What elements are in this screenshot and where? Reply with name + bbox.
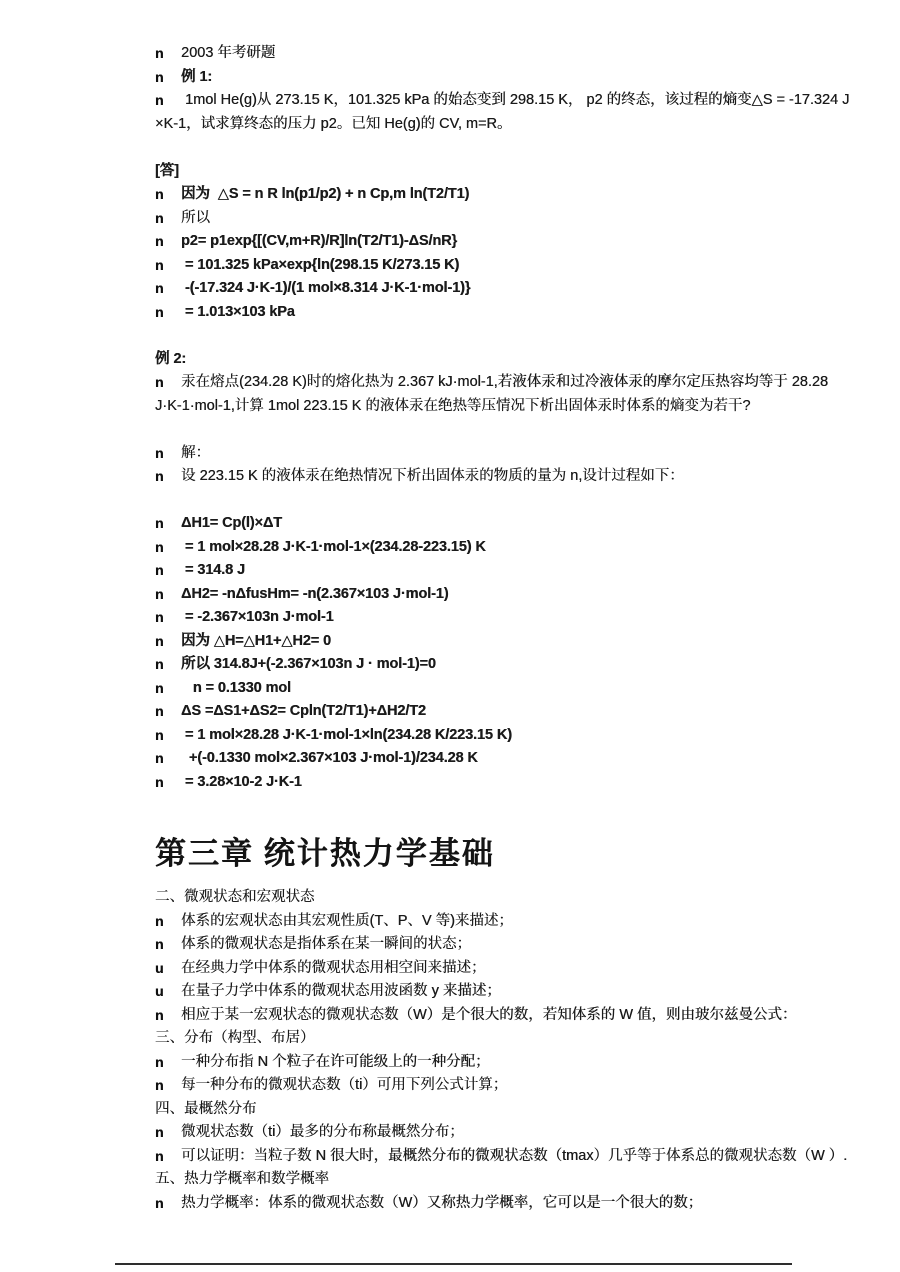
section-heading: 三、分布（构型、布居） xyxy=(155,1027,855,1051)
bullet-marker: n xyxy=(155,1145,181,1169)
line-text: 四、最概然分布 xyxy=(155,1098,257,1122)
doc-bullet-line: n +(-0.1330 mol×2.367×103 J·mol-1)/234.2… xyxy=(155,747,855,771)
doc-bullet-line: n因为 △H=△H1+△H2= 0 xyxy=(155,630,855,654)
bullet-marker: n xyxy=(155,371,181,395)
doc-bullet-line: n热力学概率：体系的微观状态数（W）又称热力学概率，它可以是一个很大的数； xyxy=(155,1192,855,1216)
bullet-marker: n xyxy=(155,559,181,583)
line-text: 在量子力学中体系的微观状态用波函数 y 来描述； xyxy=(181,980,501,1004)
doc-bullet-line: n = 3.28×10-2 J·K-1 xyxy=(155,771,855,795)
line-text: p2= p1exp{[(CV,m+R)/R]ln(T2/T1)-ΔS/nR} xyxy=(181,230,457,254)
line-text: 体系的微观状态是指体系在某一瞬间的状态； xyxy=(181,933,471,957)
doc-line: J·K-1·mol-1,计算 1mol 223.15 K 的液体汞在绝热等压情况… xyxy=(155,395,855,419)
bullet-marker: n xyxy=(155,583,181,607)
bullet-marker: n xyxy=(155,910,181,934)
bullet-marker: n xyxy=(155,254,181,278)
bullet-marker: n xyxy=(155,1121,181,1145)
doc-line: [答] xyxy=(155,160,855,184)
doc-bullet-line: n相应于某一宏观状态的微观状态数（W）是个很大的数，若知体系的 W 值，则由玻尔… xyxy=(155,1004,855,1028)
doc-bullet-line: n可以证明：当粒子数 N 很大时，最概然分布的微观状态数（tmax）几乎等于体系… xyxy=(155,1145,855,1169)
bullet-marker: n xyxy=(155,1051,181,1075)
line-text: = 1 mol×28.28 J·K-1·mol-1×(234.28-223.15… xyxy=(181,536,486,560)
doc-bullet-line: nΔS =ΔS1+ΔS2= Cpln(T2/T1)+ΔH2/T2 xyxy=(155,700,855,724)
line-text: = 101.325 kPa×exp{ln(298.15 K/273.15 K) xyxy=(181,254,459,278)
line-text: 所以 314.8J+(-2.367×103n J · mol-1)=0 xyxy=(181,653,436,677)
bullet-marker: u xyxy=(155,980,181,1004)
line-text: 微观状态数（ti）最多的分布称最概然分布； xyxy=(181,1121,464,1145)
line-text: 五、热力学概率和数学概率 xyxy=(155,1168,329,1192)
line-text: 汞在熔点(234.28 K)时的熔化热为 2.367 kJ·mol-1,若液体汞… xyxy=(181,371,828,395)
line-text: 因为 △H=△H1+△H2= 0 xyxy=(181,630,331,654)
line-text: 例 1: xyxy=(181,66,212,90)
bullet-marker: n xyxy=(155,183,181,207)
section-heading: 二、微观状态和宏观状态 xyxy=(155,886,855,910)
bullet-marker: n xyxy=(155,277,181,301)
doc-line: 例 2: xyxy=(155,348,855,372)
line-text: ΔS =ΔS1+ΔS2= Cpln(T2/T1)+ΔH2/T2 xyxy=(181,700,426,724)
line-text: = -2.367×103n J·mol-1 xyxy=(181,606,334,630)
blank-line xyxy=(155,136,855,160)
chapter-title: 第三章 统计热力学基础 xyxy=(155,834,855,874)
line-text: 体系的宏观状态由其宏观性质(T、P、V 等)来描述； xyxy=(181,910,513,934)
doc-bullet-line: n解： xyxy=(155,442,855,466)
line-text: +(-0.1330 mol×2.367×103 J·mol-1)/234.28 … xyxy=(181,747,478,771)
bullet-marker: n xyxy=(155,747,181,771)
section-heading: 四、最概然分布 xyxy=(155,1098,855,1122)
doc-bullet-line: n体系的微观状态是指体系在某一瞬间的状态； xyxy=(155,933,855,957)
doc-bullet-line: n所以 314.8J+(-2.367×103n J · mol-1)=0 xyxy=(155,653,855,677)
line-text: 相应于某一宏观状态的微观状态数（W）是个很大的数，若知体系的 W 值，则由玻尔兹… xyxy=(181,1004,796,1028)
doc-bullet-line: n = 1 mol×28.28 J·K-1·mol-1×(234.28-223.… xyxy=(155,536,855,560)
bullet-marker: n xyxy=(155,442,181,466)
line-text: 一种分布指 N 个粒子在许可能级上的一种分配； xyxy=(181,1051,490,1075)
doc-bullet-line: n体系的宏观状态由其宏观性质(T、P、V 等)来描述； xyxy=(155,910,855,934)
bullet-marker: n xyxy=(155,1192,181,1216)
line-text: 解： xyxy=(181,442,210,466)
line-text: = 1.013×103 kPa xyxy=(181,301,295,325)
page-bottom-rule xyxy=(115,1263,792,1265)
line-text: n = 0.1330 mol xyxy=(181,677,291,701)
line-text: 设 223.15 K 的液体汞在绝热情况下析出固体汞的物质的量为 n,设计过程如… xyxy=(181,465,684,489)
document-page: n2003 年考研题n例 1:n 1mol He(g)从 273.15 K，10… xyxy=(0,0,900,1272)
doc-bullet-line: n = -2.367×103n J·mol-1 xyxy=(155,606,855,630)
line-text: 可以证明：当粒子数 N 很大时，最概然分布的微观状态数（tmax）几乎等于体系总… xyxy=(181,1145,847,1169)
bullet-marker: n xyxy=(155,653,181,677)
bullet-marker: n xyxy=(155,301,181,325)
line-text: 每一种分布的微观状态数（ti）可用下列公式计算； xyxy=(181,1074,507,1098)
line-text: ΔH2= -nΔfusHm= -n(2.367×103 J·mol-1) xyxy=(181,583,448,607)
bullet-marker: n xyxy=(155,512,181,536)
doc-bullet-line: n因为 △S = n R ln(p1/p2) + n Cp,m ln(T2/T1… xyxy=(155,183,855,207)
doc-bullet-line: n一种分布指 N 个粒子在许可能级上的一种分配； xyxy=(155,1051,855,1075)
line-text: 所以 xyxy=(181,207,210,231)
bullet-marker: n xyxy=(155,1004,181,1028)
line-text: ×K-1，试求算终态的压力 p2。已知 He(g)的 CV, m=R。 xyxy=(155,113,511,137)
line-text: J·K-1·mol-1,计算 1mol 223.15 K 的液体汞在绝热等压情况… xyxy=(155,395,750,419)
doc-bullet-line: n = 1 mol×28.28 J·K-1·mol-1×ln(234.28 K/… xyxy=(155,724,855,748)
line-text: 1mol He(g)从 273.15 K，101.325 kPa 的始态变到 2… xyxy=(181,89,849,113)
bullet-marker: n xyxy=(155,207,181,231)
doc-bullet-line: n所以 xyxy=(155,207,855,231)
bullet-marker: n xyxy=(155,1074,181,1098)
doc-bullet-line: u在量子力学中体系的微观状态用波函数 y 来描述； xyxy=(155,980,855,1004)
bullet-marker: n xyxy=(155,630,181,654)
line-text: 2003 年考研题 xyxy=(181,42,275,66)
bullet-marker: n xyxy=(155,42,181,66)
line-text: 在经典力学中体系的微观状态用相空间来描述； xyxy=(181,957,486,981)
line-text: 因为 △S = n R ln(p1/p2) + n Cp,m ln(T2/T1) xyxy=(181,183,469,207)
bullet-marker: n xyxy=(155,933,181,957)
bullet-marker: n xyxy=(155,677,181,701)
bullet-marker: n xyxy=(155,606,181,630)
doc-content: n2003 年考研题n例 1:n 1mol He(g)从 273.15 K，10… xyxy=(155,42,855,1215)
line-text: 二、微观状态和宏观状态 xyxy=(155,886,315,910)
bullet-marker: u xyxy=(155,957,181,981)
line-text: -(-17.324 J·K-1)/(1 mol×8.314 J·K-1·mol-… xyxy=(181,277,470,301)
line-text: = 314.8 J xyxy=(181,559,245,583)
line-text: ΔH1= Cp(l)×ΔT xyxy=(181,512,282,536)
bullet-marker: n xyxy=(155,66,181,90)
doc-bullet-line: n例 1: xyxy=(155,66,855,90)
doc-bullet-line: n汞在熔点(234.28 K)时的熔化热为 2.367 kJ·mol-1,若液体… xyxy=(155,371,855,395)
line-text: 三、分布（构型、布居） xyxy=(155,1027,315,1051)
bullet-marker: n xyxy=(155,771,181,795)
doc-bullet-line: n n = 0.1330 mol xyxy=(155,677,855,701)
bullet-marker: n xyxy=(155,536,181,560)
doc-bullet-line: nΔH1= Cp(l)×ΔT xyxy=(155,512,855,536)
line-text: 热力学概率：体系的微观状态数（W）又称热力学概率，它可以是一个很大的数； xyxy=(181,1192,702,1216)
doc-line: ×K-1，试求算终态的压力 p2。已知 He(g)的 CV, m=R。 xyxy=(155,113,855,137)
bullet-marker: n xyxy=(155,724,181,748)
blank-line xyxy=(155,418,855,442)
doc-bullet-line: np2= p1exp{[(CV,m+R)/R]ln(T2/T1)-ΔS/nR} xyxy=(155,230,855,254)
bullet-marker: n xyxy=(155,465,181,489)
section-heading: 五、热力学概率和数学概率 xyxy=(155,1168,855,1192)
doc-bullet-line: n -(-17.324 J·K-1)/(1 mol×8.314 J·K-1·mo… xyxy=(155,277,855,301)
doc-bullet-line: n = 101.325 kPa×exp{ln(298.15 K/273.15 K… xyxy=(155,254,855,278)
doc-bullet-line: n设 223.15 K 的液体汞在绝热情况下析出固体汞的物质的量为 n,设计过程… xyxy=(155,465,855,489)
doc-bullet-line: n = 314.8 J xyxy=(155,559,855,583)
doc-bullet-line: n = 1.013×103 kPa xyxy=(155,301,855,325)
doc-bullet-line: n2003 年考研题 xyxy=(155,42,855,66)
blank-line xyxy=(155,489,855,513)
line-text: [答] xyxy=(155,160,179,184)
bullet-marker: n xyxy=(155,89,181,113)
bullet-marker: n xyxy=(155,230,181,254)
doc-bullet-line: n 1mol He(g)从 273.15 K，101.325 kPa 的始态变到… xyxy=(155,89,855,113)
doc-bullet-line: n每一种分布的微观状态数（ti）可用下列公式计算； xyxy=(155,1074,855,1098)
blank-line xyxy=(155,324,855,348)
line-text: = 3.28×10-2 J·K-1 xyxy=(181,771,302,795)
doc-bullet-line: u在经典力学中体系的微观状态用相空间来描述； xyxy=(155,957,855,981)
bullet-marker: n xyxy=(155,700,181,724)
doc-bullet-line: nΔH2= -nΔfusHm= -n(2.367×103 J·mol-1) xyxy=(155,583,855,607)
line-text: 例 2: xyxy=(155,348,186,372)
doc-bullet-line: n微观状态数（ti）最多的分布称最概然分布； xyxy=(155,1121,855,1145)
line-text: = 1 mol×28.28 J·K-1·mol-1×ln(234.28 K/22… xyxy=(181,724,512,748)
